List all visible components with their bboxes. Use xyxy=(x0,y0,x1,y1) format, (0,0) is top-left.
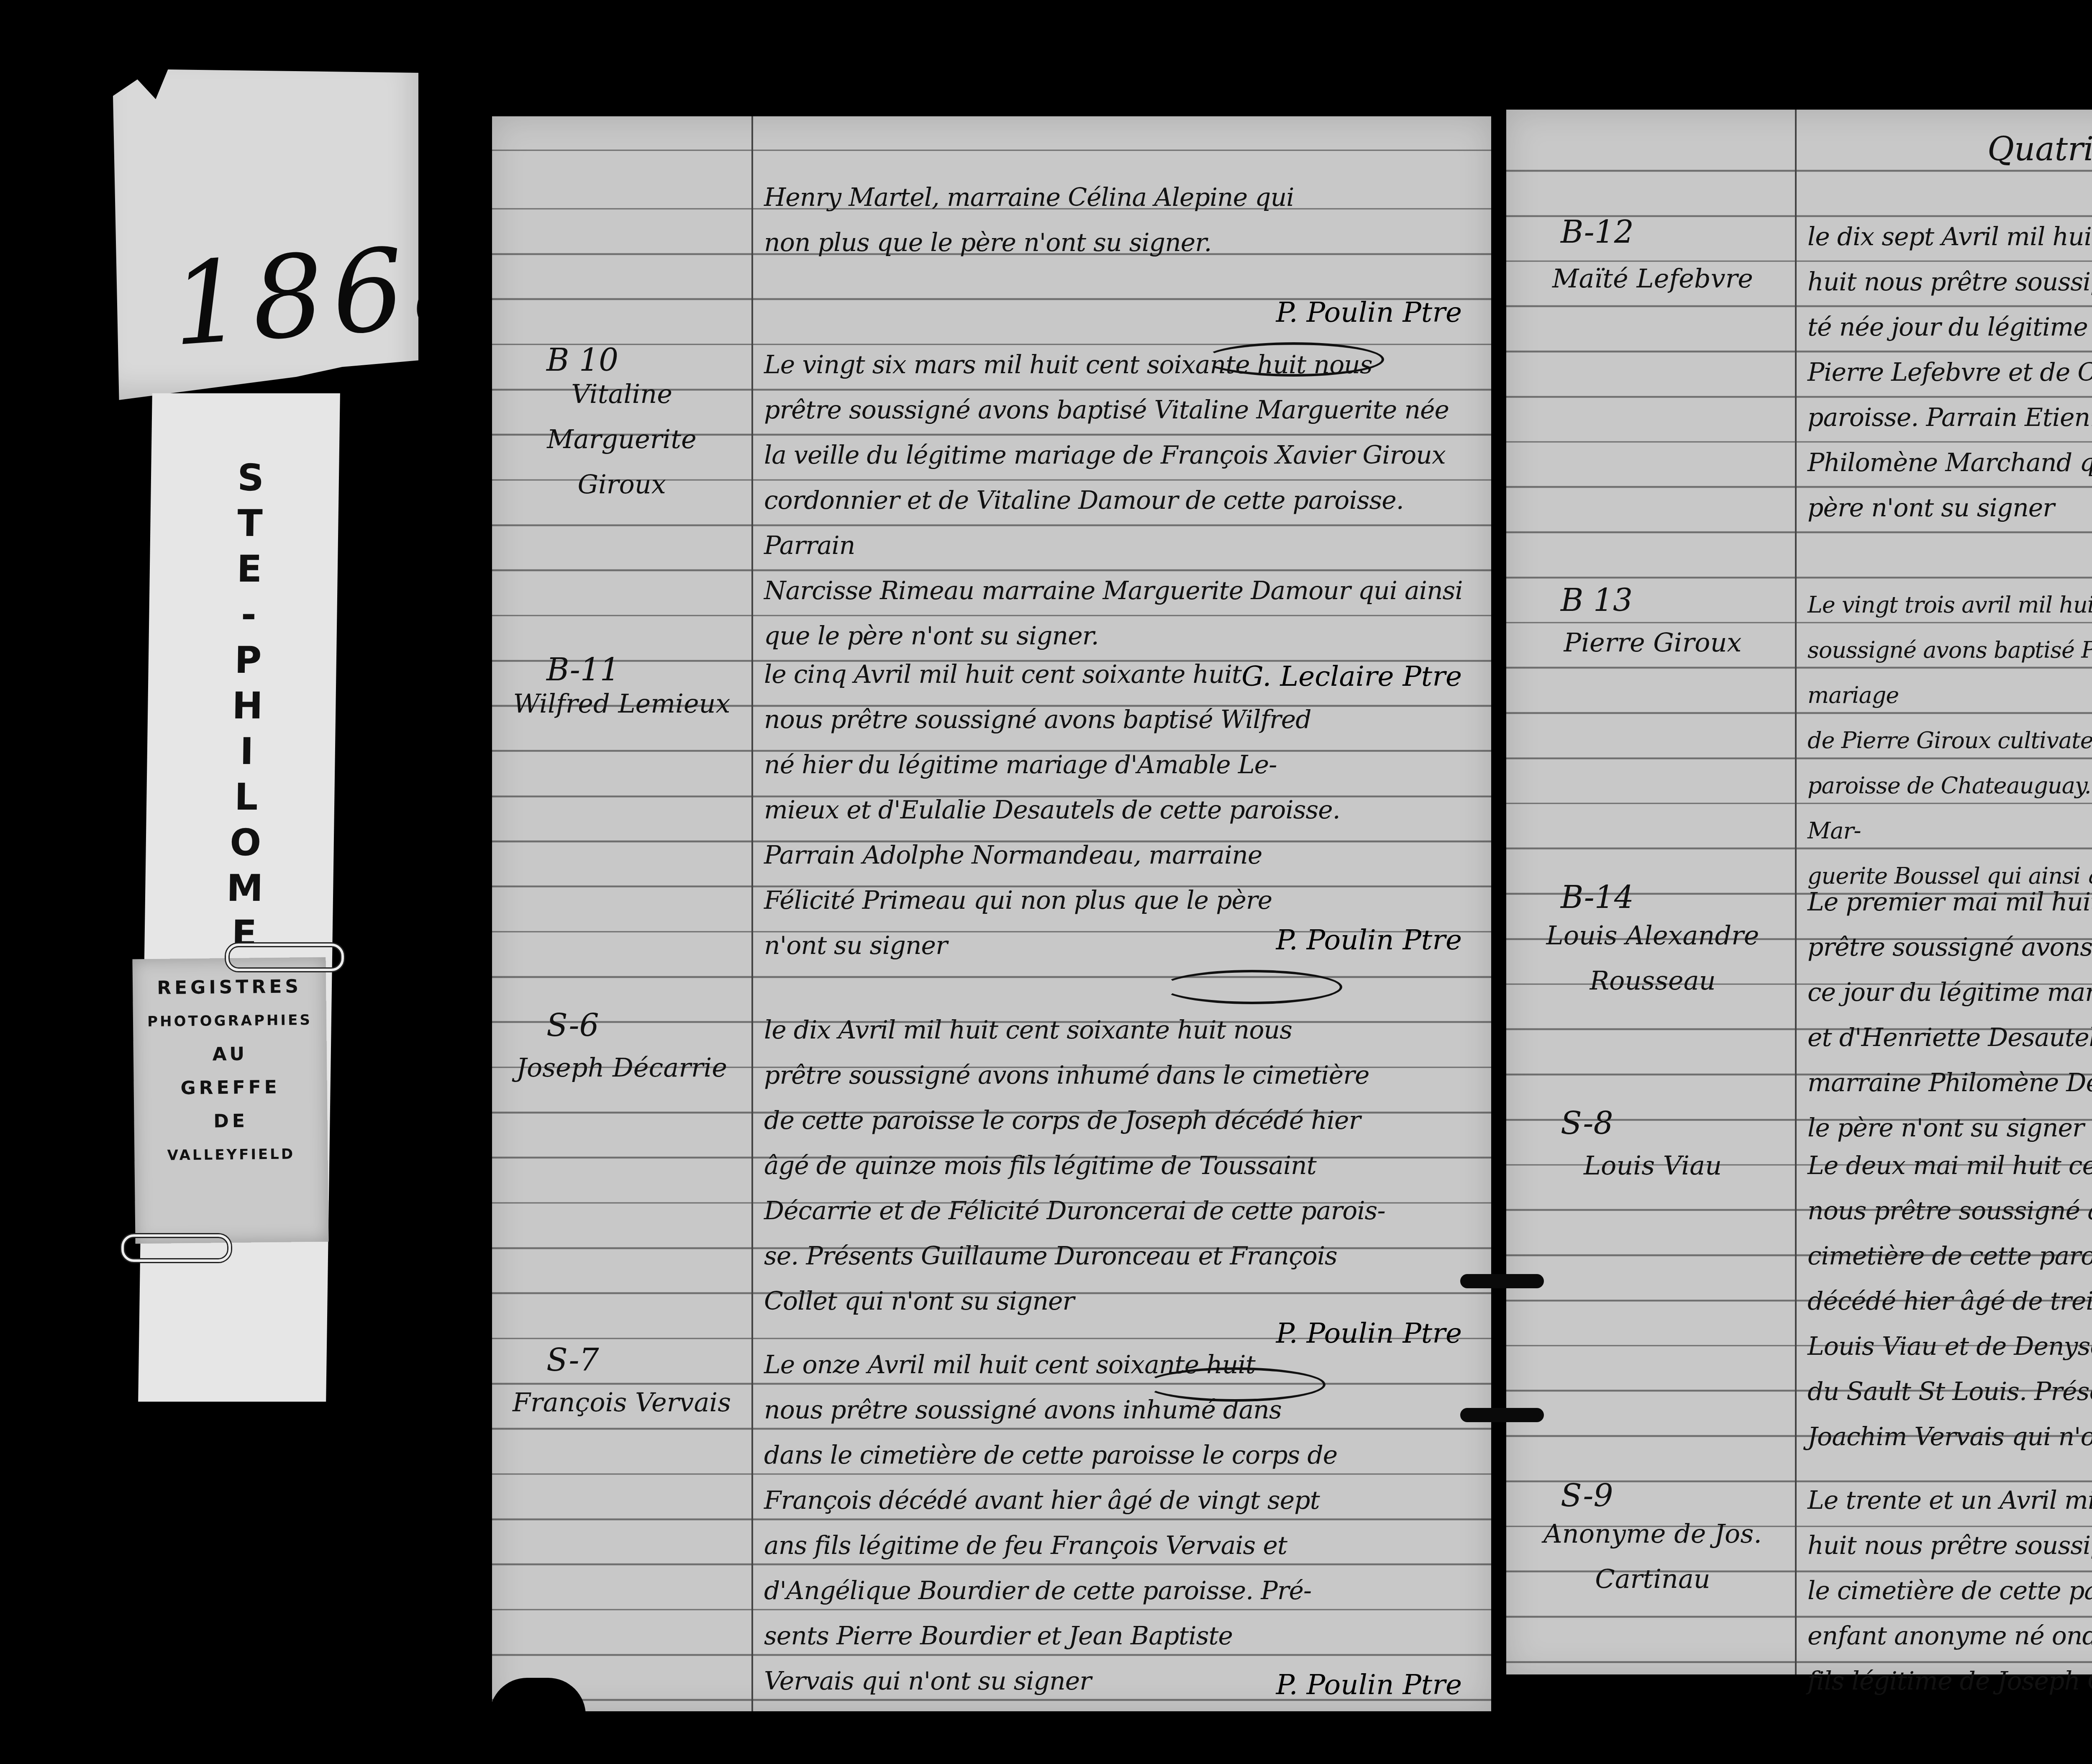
entry-code: B 13 xyxy=(1561,582,1633,618)
book-gutter xyxy=(1492,110,1505,1712)
margin-rule xyxy=(751,116,753,1711)
entry-subject: Anonyme de Jos. Cartinau xyxy=(1515,1511,1791,1602)
entry-body: Le trente et un Avril mil huit cent soix… xyxy=(1807,1478,2092,1704)
entry-subject: Louis Alexandre Rousseau xyxy=(1515,913,1791,1003)
registres-line: GREFFE xyxy=(133,1070,327,1106)
registres-line: VALLEYFIELD xyxy=(134,1137,328,1173)
entry-body: le cinq Avril mil huit cent soixante hui… xyxy=(764,652,1474,968)
signature-paraph xyxy=(1161,970,1342,1004)
entry-subject: Vitaline Marguerite Giroux xyxy=(500,372,743,507)
entry-code: S-9 xyxy=(1561,1478,1613,1514)
entry-code: B-12 xyxy=(1561,214,1634,250)
binding-tie xyxy=(1460,1274,1544,1288)
entry-body: le dix sept Avril mil huit cent soixante… xyxy=(1807,214,2092,531)
entry-code: S-7 xyxy=(546,1342,599,1378)
entry-subject: François Vervais xyxy=(500,1380,743,1425)
registres-line: PHOTOGRAPHIES xyxy=(133,1003,327,1039)
registres-tag: REGISTRES PHOTOGRAPHIES AU GREFFE DE VAL… xyxy=(132,957,328,1244)
paperclip-icon xyxy=(121,1234,231,1262)
left-page: Henry Martel, marraine Célina Alepine qu… xyxy=(492,116,1491,1711)
page-header: Quatrième feuillet xyxy=(1987,131,2092,168)
entry-code: S-6 xyxy=(546,1008,599,1044)
entry-code: B-14 xyxy=(1561,879,1634,915)
priest-signature: P. Poulin Ptre xyxy=(1276,296,1462,328)
registres-line: DE xyxy=(134,1104,328,1139)
entry-code: S-8 xyxy=(1561,1105,1613,1141)
paperclip-icon xyxy=(226,944,344,971)
entry-subject: Maïté Lefebvre xyxy=(1515,256,1791,301)
year-label: 1868 xyxy=(167,218,497,372)
entry-body: Le premier mai mil huit cent soixante hu… xyxy=(1807,879,2092,1151)
entry-body: Henry Martel, marraine Célina Alepine qu… xyxy=(764,175,1474,265)
entry-subject: Wilfred Lemieux xyxy=(500,681,743,726)
entry-body: le dix Avril mil huit cent soixante huit… xyxy=(764,1008,1474,1324)
entry-subject: Joseph Décarrie xyxy=(500,1045,743,1090)
binding-tie xyxy=(1460,1408,1544,1422)
entry-body: Le deux mai mil huit cent soixante huit … xyxy=(1807,1143,2092,1459)
registres-line: REGISTRES xyxy=(133,970,326,1005)
priest-signature: P. Poulin Ptre xyxy=(1276,1669,1462,1701)
entry-body: Le onze Avril mil huit cent soixante hui… xyxy=(764,1342,1474,1704)
entry-body: Le vingt six mars mil huit cent soixante… xyxy=(764,342,1474,659)
priest-signature: P. Poulin Ptre xyxy=(1276,924,1462,956)
entry-subject: Louis Viau xyxy=(1515,1143,1791,1188)
right-page: Quatrième feuillet 4 B-12 Maïté Lefebvre… xyxy=(1506,110,2092,1674)
year-tag: 1868 xyxy=(113,69,418,400)
entry-subject: Pierre Giroux xyxy=(1515,620,1791,665)
registres-line: AU xyxy=(133,1037,327,1072)
entry-body: Le vingt trois avril mil huit cent soixa… xyxy=(1807,582,2092,899)
margin-rule xyxy=(1795,110,1797,1674)
